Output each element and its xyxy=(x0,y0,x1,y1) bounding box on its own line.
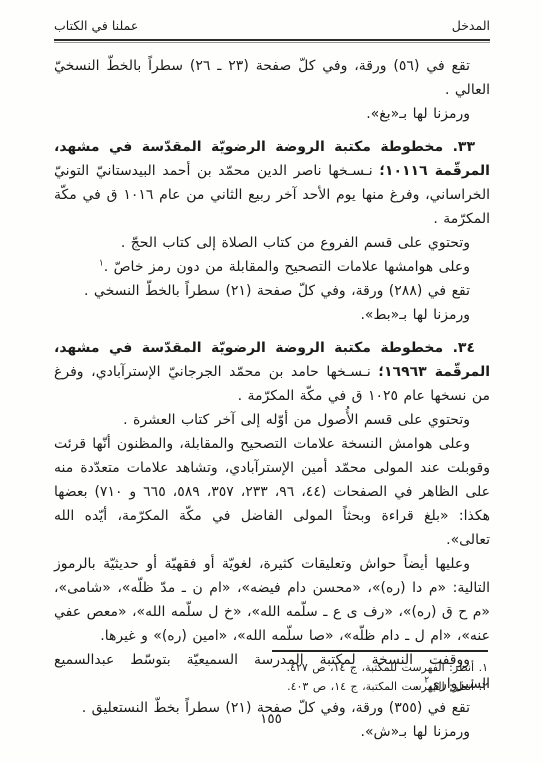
item-33-margins-line: وعلى هوامشها علامات التصحيح والمقابلة من… xyxy=(54,255,490,279)
footnote-1: ١. أنظر: الفهرست للمكتبة، ج ١٤، ص ٤٢٧. xyxy=(54,659,488,678)
running-header: المدخل عملنا في الكتاب xyxy=(0,0,542,34)
footnote-area: ١. أنظر: الفهرست للمكتبة، ج ١٤، ص ٤٢٧. ٢… xyxy=(54,650,488,696)
running-head-left: عملنا في الكتاب xyxy=(54,18,138,34)
item-34-contents-line: وتحتوي على قسم الأُصول من أوّله إلى آخر … xyxy=(54,408,490,432)
item-33-location-line: تقع في (٢٨٨) ورقة، وفي كلّ صفحة (٢١) سطر… xyxy=(54,279,490,303)
running-head-right: المدخل xyxy=(452,18,490,34)
intro-symbol-line: ورمزنا لها بـ«بغ». xyxy=(54,102,490,126)
item-33-opening-paragraph: ٣٣. مخطوطة مكتبة الروضة الرضويّة المقدّس… xyxy=(54,135,490,231)
footnote-2: ٢. أنظر: الفهرست المكتبة، ج ١٤، ص ٤٠٣. xyxy=(54,678,488,697)
item-34-collation-paragraph: وعلى هوامش النسخة علامات التصحيح والمقاب… xyxy=(54,432,490,552)
item-33-symbol-line: ورمزنا لها بـ«بط». xyxy=(54,303,490,327)
item-34-opening-paragraph: ٣٤. مخطوطة مكتبة الروضة الرضويّة المقدّس… xyxy=(54,336,490,408)
body-text-block: تقع في (٥٦) ورقة، وفي كلّ صفحة (٢٣ ـ ٢٦)… xyxy=(0,43,542,744)
book-page: المدخل عملنا في الكتاب تقع في (٥٦) ورقة،… xyxy=(0,0,542,763)
page-number: ١٥٥ xyxy=(0,711,542,727)
item-34-annotations-paragraph: وعليها أيضاً حواش وتعليقات كثيرة، لغويّة… xyxy=(54,552,490,648)
intro-location-line: تقع في (٥٦) ورقة، وفي كلّ صفحة (٢٣ ـ ٢٦)… xyxy=(54,54,490,102)
item-33-contents-line: وتحتوي على قسم الفروع من كتاب الصلاة إلى… xyxy=(54,231,490,255)
footnote-separator-rule xyxy=(272,650,488,652)
